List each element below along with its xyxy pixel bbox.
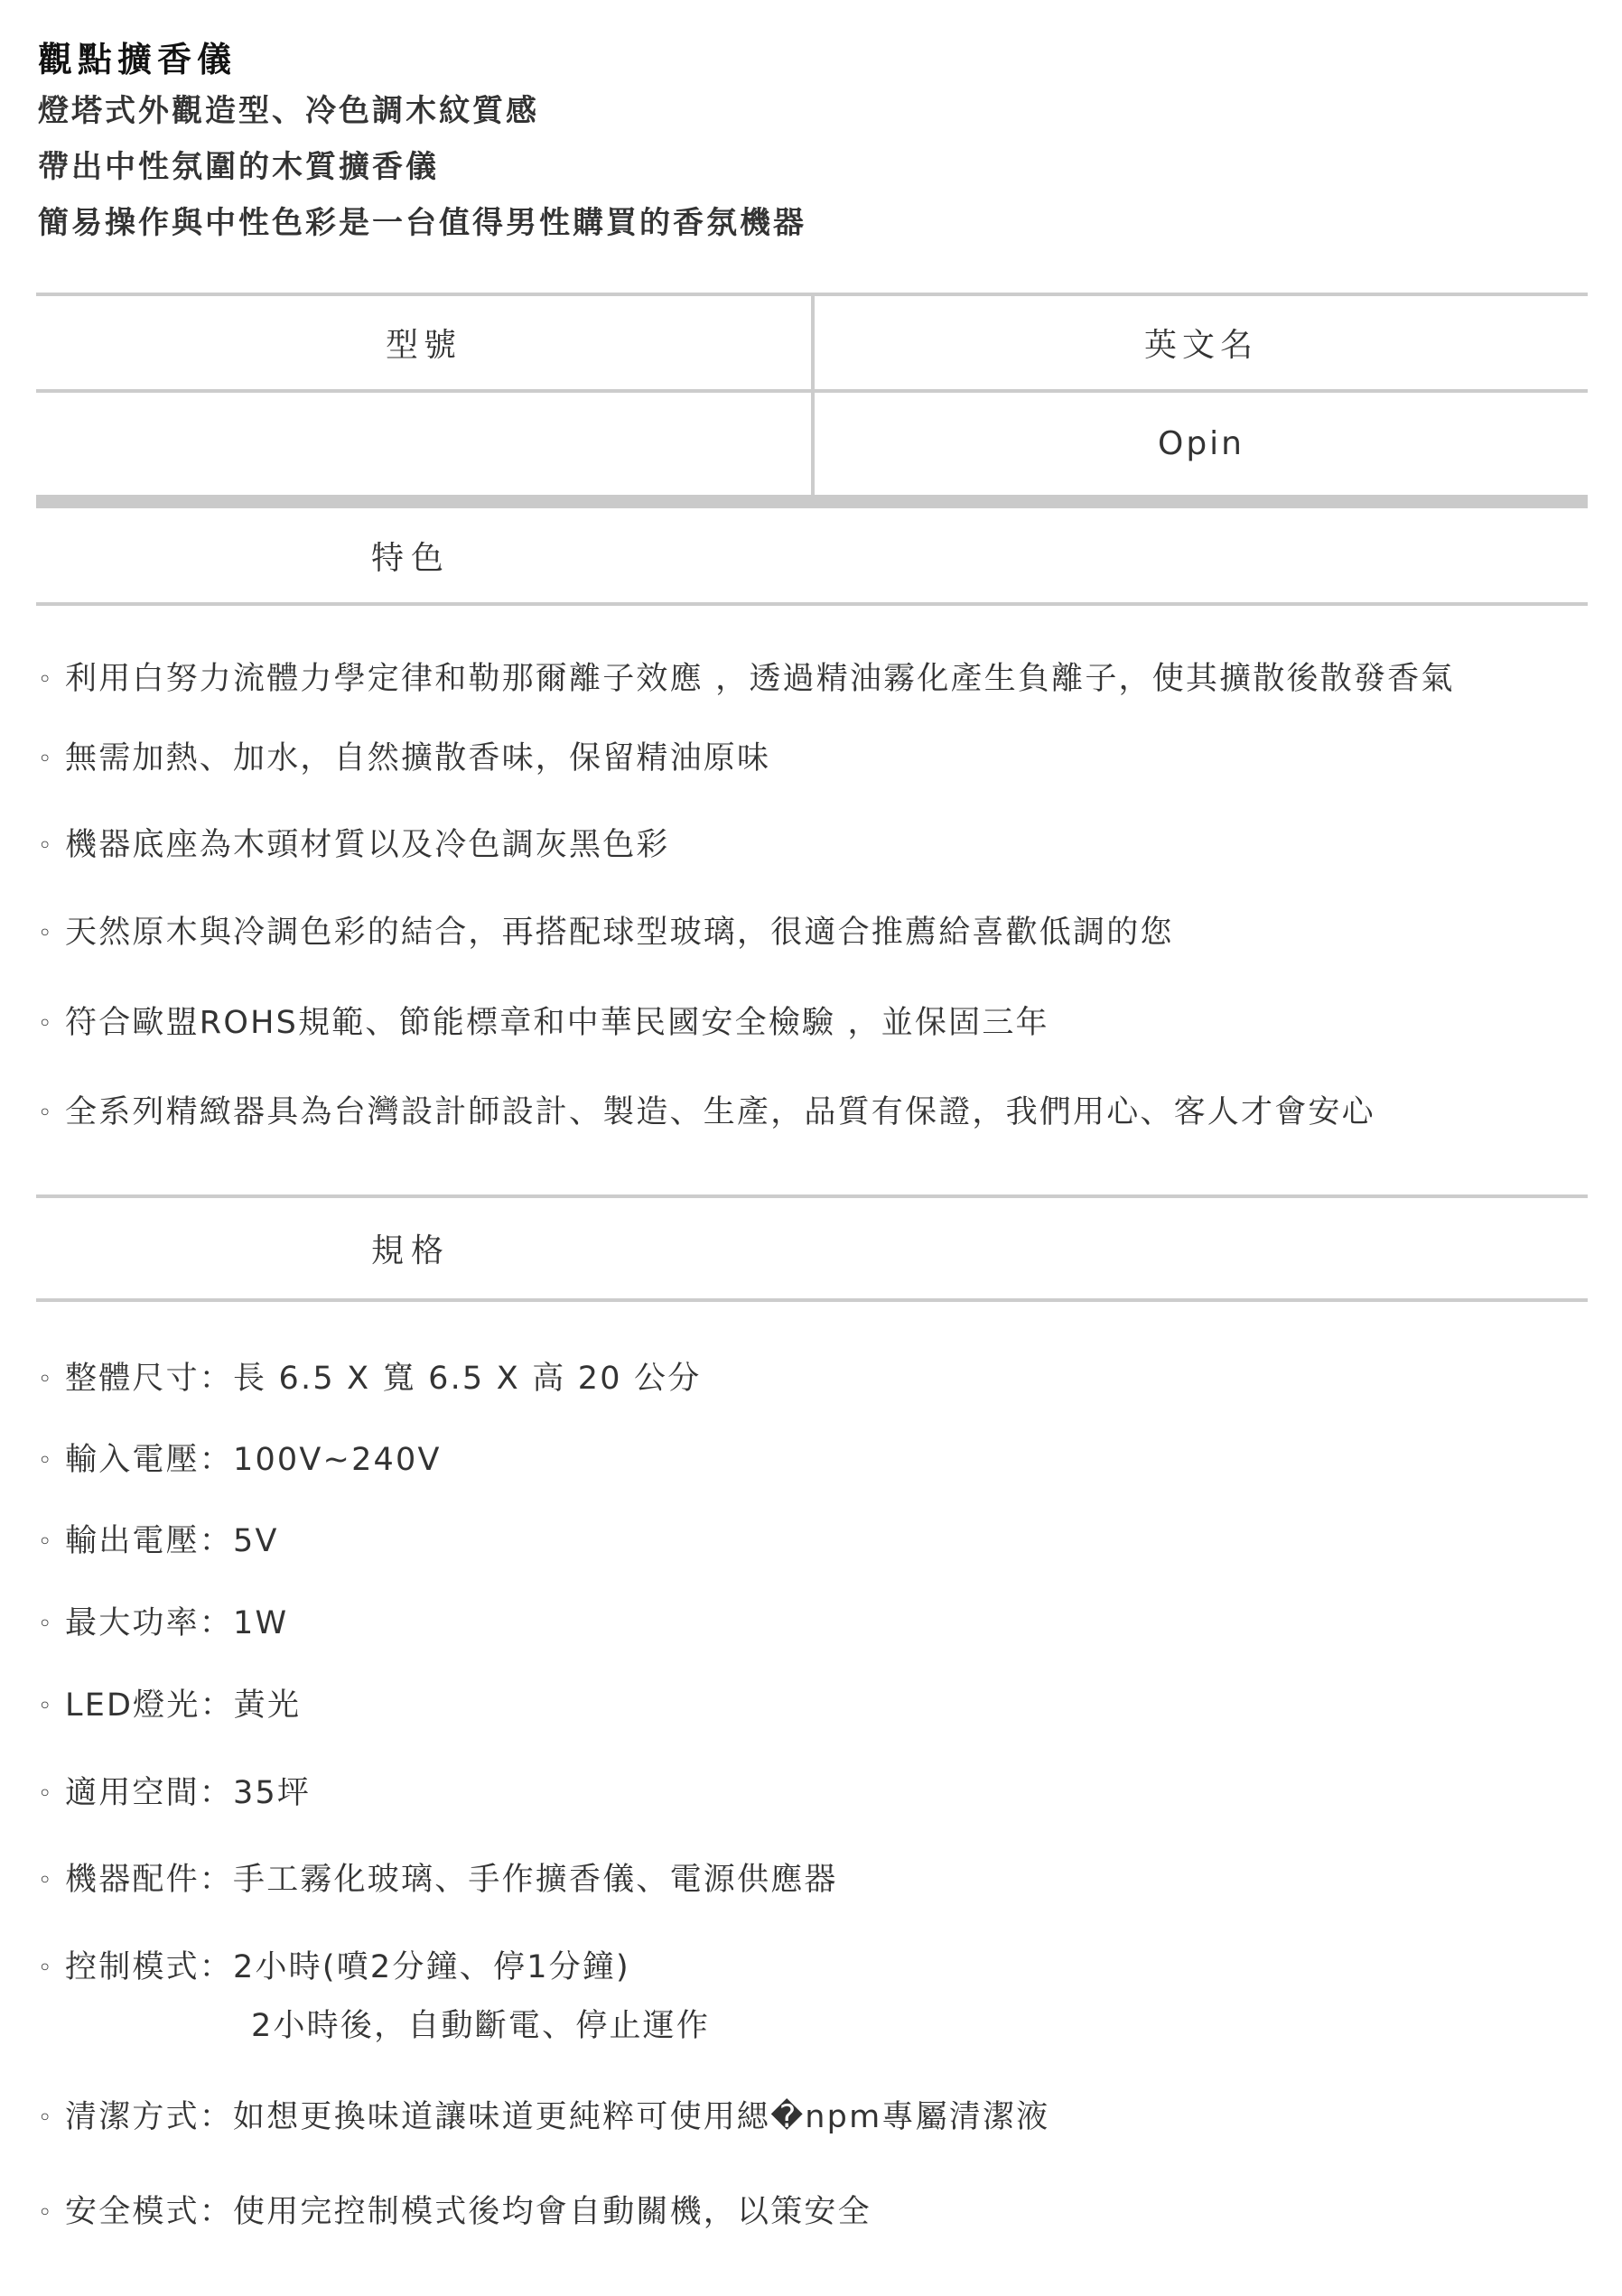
table-header-model: 型號 <box>36 296 811 389</box>
spec-item-control-mode-continuation: 2小時後，自動斷電、停止運作 <box>38 2006 710 2046</box>
intro-line: 燈塔式外觀造型、冷色調木紋質感 <box>38 83 806 139</box>
spec-item-led-light: ◦LED燈光：黃光 <box>38 1686 301 1726</box>
bullet-icon: ◦ <box>38 1948 65 1988</box>
spec-item-max-power: ◦最大功率：1W <box>38 1603 288 1644</box>
bullet-icon: ◦ <box>38 1004 65 1044</box>
bullet-icon: ◦ <box>38 1687 65 1726</box>
bullet-icon: ◦ <box>38 2098 65 2138</box>
feature-item: ◦無需加熱、加水，自然擴散香味，保留精油原味 <box>38 739 770 779</box>
spec-item-safety: ◦安全模式：使用完控制模式後均會自動關機，以策安全 <box>38 2192 872 2233</box>
intro-line: 帶出中性氛圍的木質擴香儀 <box>38 139 806 195</box>
spec-item-accessories: ◦機器配件：手工霧化玻璃、手作擴香儀、電源供應器 <box>38 1860 838 1901</box>
bullet-icon: ◦ <box>38 660 65 700</box>
bullet-icon: ◦ <box>38 1861 65 1901</box>
intro-line: 簡易操作與中性色彩是一台值得男性購買的香氛機器 <box>38 195 806 251</box>
spec-item-input-voltage: ◦輸入電壓：100V~240V <box>38 1440 442 1481</box>
feature-item: ◦利用白努力流體力學定律和勒那爾離子效應 ，透過精油霧化產生負離子，使其擴散後散… <box>38 659 1455 700</box>
feature-item: ◦天然原木與冷調色彩的結合，再搭配球型玻璃，很適合推薦給喜歡低調的您 <box>38 913 1174 953</box>
bullet-icon: ◦ <box>38 914 65 953</box>
spec-item-control-mode: ◦控制模式：2小時(噴2分鐘、停1分鐘)2小時後，自動斷電、停止運作 <box>38 1947 710 2046</box>
table-cell-english-name: Opin <box>815 393 1588 495</box>
feature-item: ◦機器底座為木頭材質以及冷色調灰黑色彩 <box>38 825 670 866</box>
bullet-icon: ◦ <box>38 826 65 866</box>
features-divider <box>36 602 1588 606</box>
feature-item: ◦全系列精緻器具為台灣設計師設計、製造、生產，品質有保證，我們用心、客人才會安心 <box>38 1092 1375 1133</box>
spec-item-cleaning: ◦清潔方式：如想更換味道讓味道更純粹可使用緦�npm專屬清潔液 <box>38 2097 1049 2138</box>
intro-block: 觀點擴香儀 燈塔式外觀造型、冷色調木紋質感 帶出中性氛圍的木質擴香儀 簡易操作與… <box>38 36 806 251</box>
specs-divider <box>36 1298 1588 1302</box>
features-heading: 特色 <box>36 508 786 602</box>
table-bottom-bar <box>36 495 1588 508</box>
bullet-icon: ◦ <box>38 739 65 779</box>
bullet-icon: ◦ <box>38 1093 65 1133</box>
spec-item-output-voltage: ◦輸出電壓：5V <box>38 1521 279 1562</box>
spec-item-coverage: ◦適用空間：35坪 <box>38 1773 311 1814</box>
table-header-english-name: 英文名 <box>815 296 1588 389</box>
bullet-icon: ◦ <box>38 1774 65 1814</box>
bullet-icon: ◦ <box>38 1522 65 1562</box>
specs-heading: 規格 <box>36 1198 786 1298</box>
bullet-icon: ◦ <box>38 2193 65 2233</box>
product-title: 觀點擴香儀 <box>38 36 806 83</box>
bullet-icon: ◦ <box>38 1441 65 1481</box>
table-cell-model <box>36 393 811 495</box>
bullet-icon: ◦ <box>38 1604 65 1644</box>
spec-item-size: ◦整體尺寸：長 6.5 X 寬 6.5 X 高 20 公分 <box>38 1359 701 1399</box>
feature-item: ◦符合歐盟ROHS規範、節能標章和中華民國安全檢驗 ，並保固三年 <box>38 1003 1049 1044</box>
bullet-icon: ◦ <box>38 1360 65 1399</box>
